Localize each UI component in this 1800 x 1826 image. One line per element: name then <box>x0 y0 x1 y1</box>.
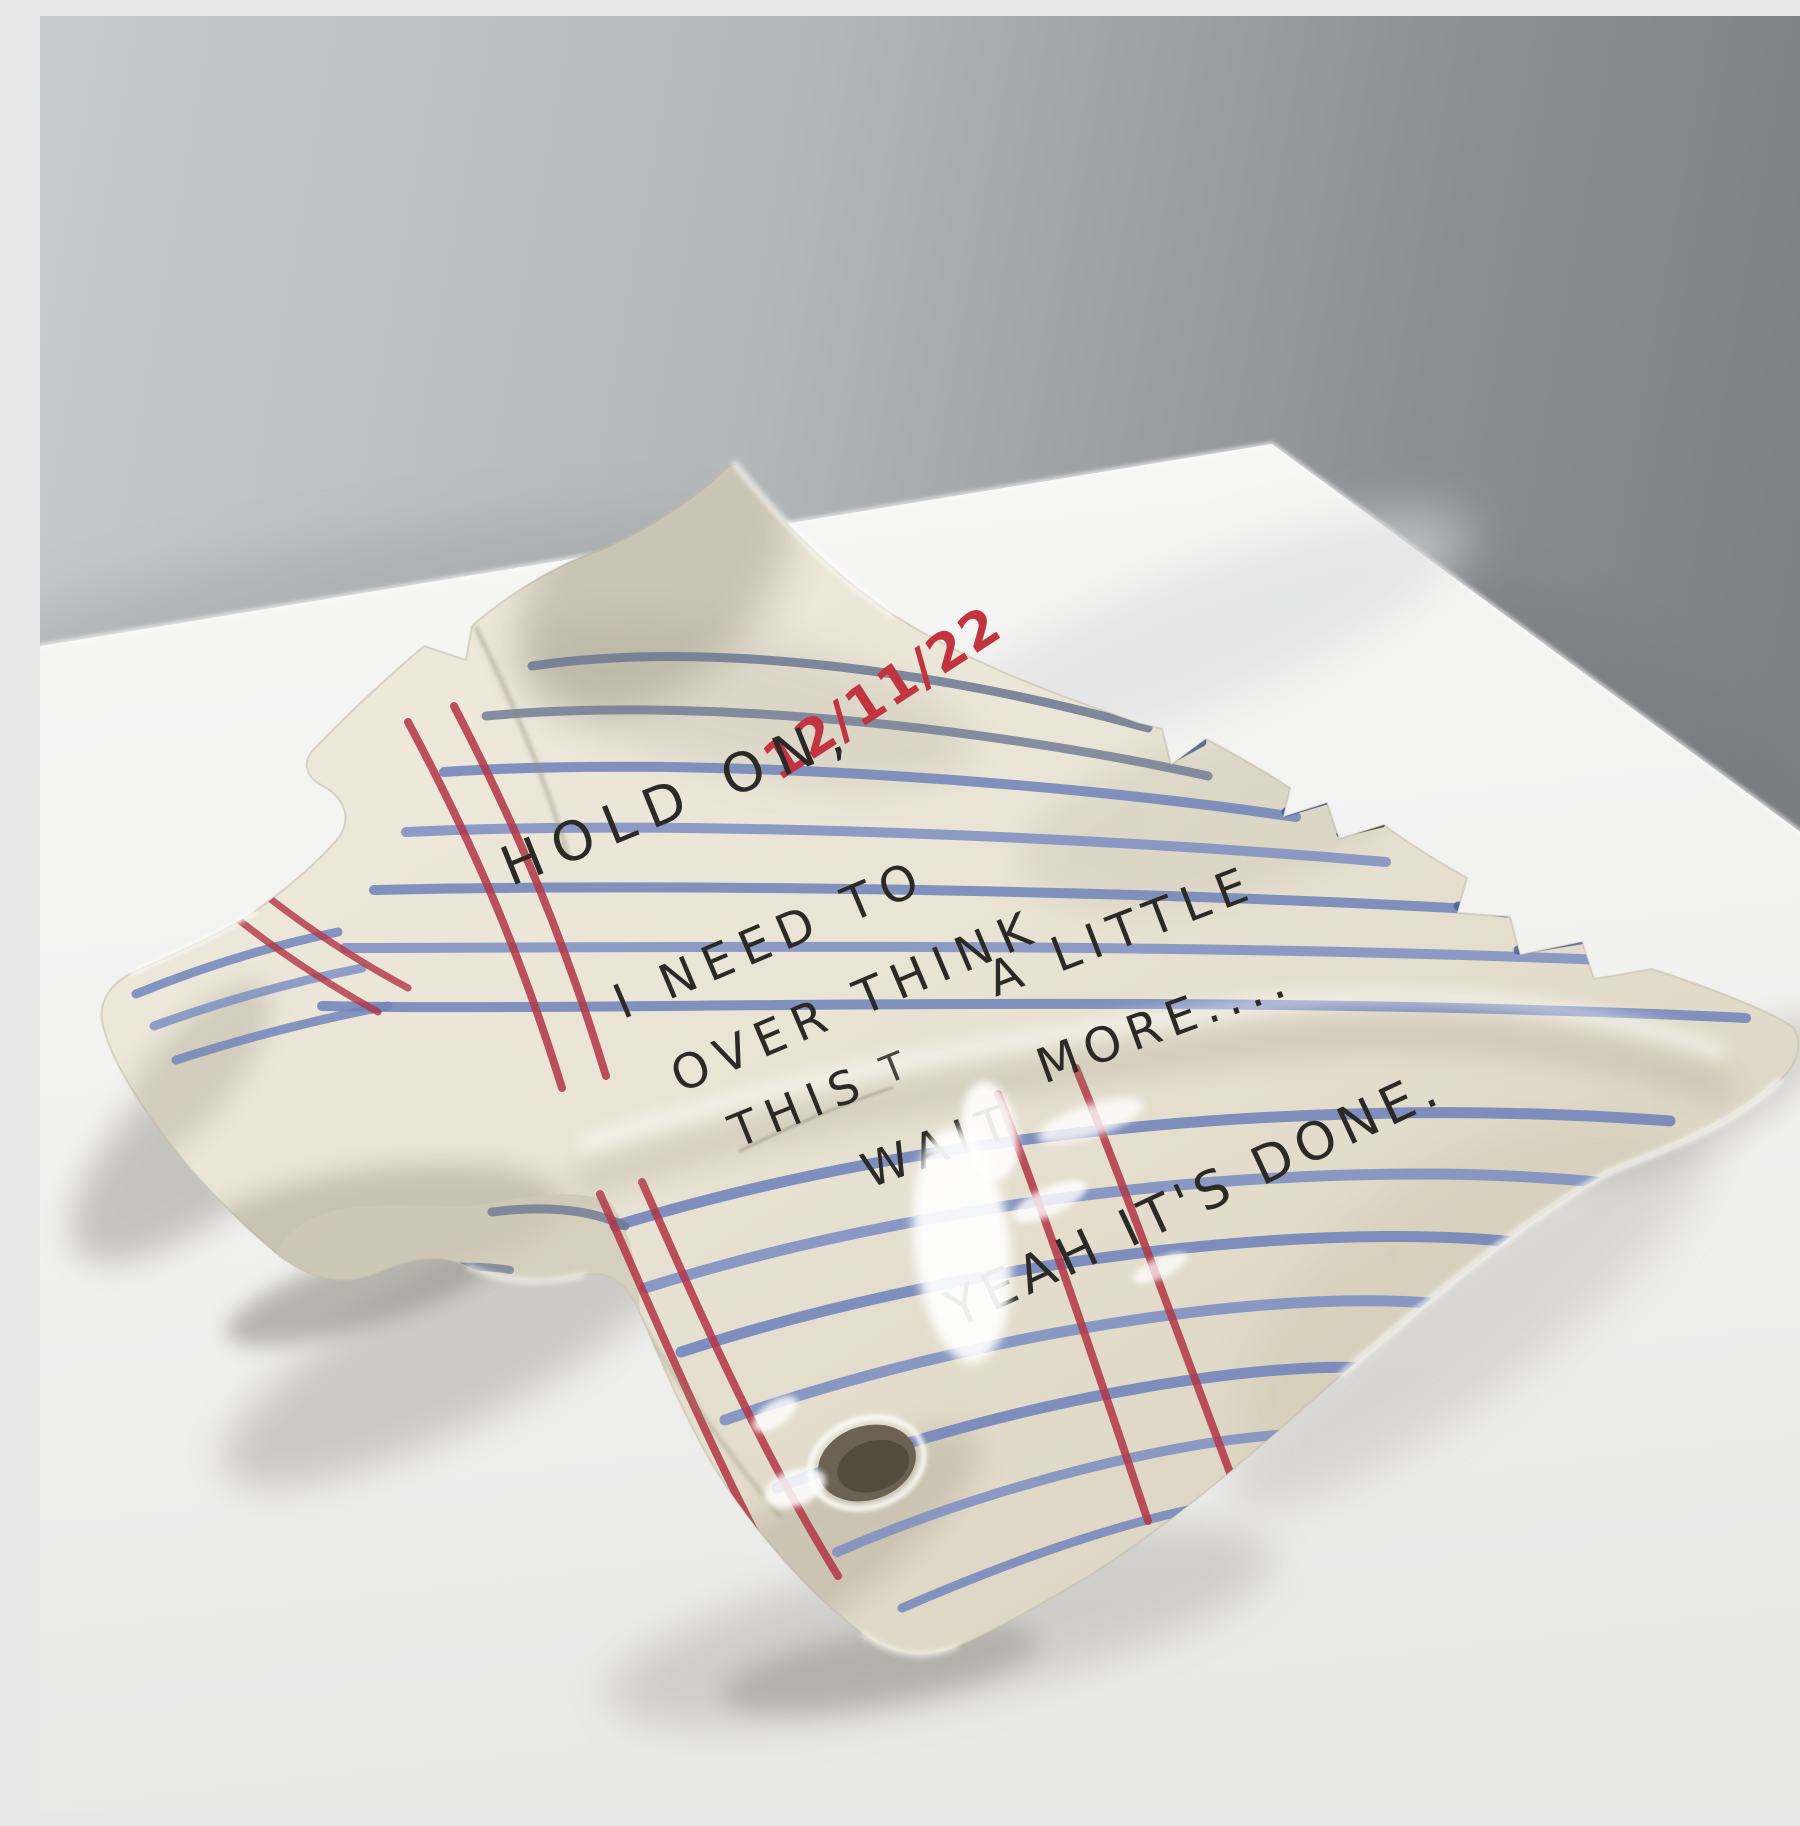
photo-ceramic-paper-sculpture: 12/11/22HOLD ON,I NEED TOOVER THINKTHIST… <box>40 16 1800 1810</box>
scene-svg: 12/11/22HOLD ON,I NEED TOOVER THINKTHIST… <box>40 16 1800 1810</box>
